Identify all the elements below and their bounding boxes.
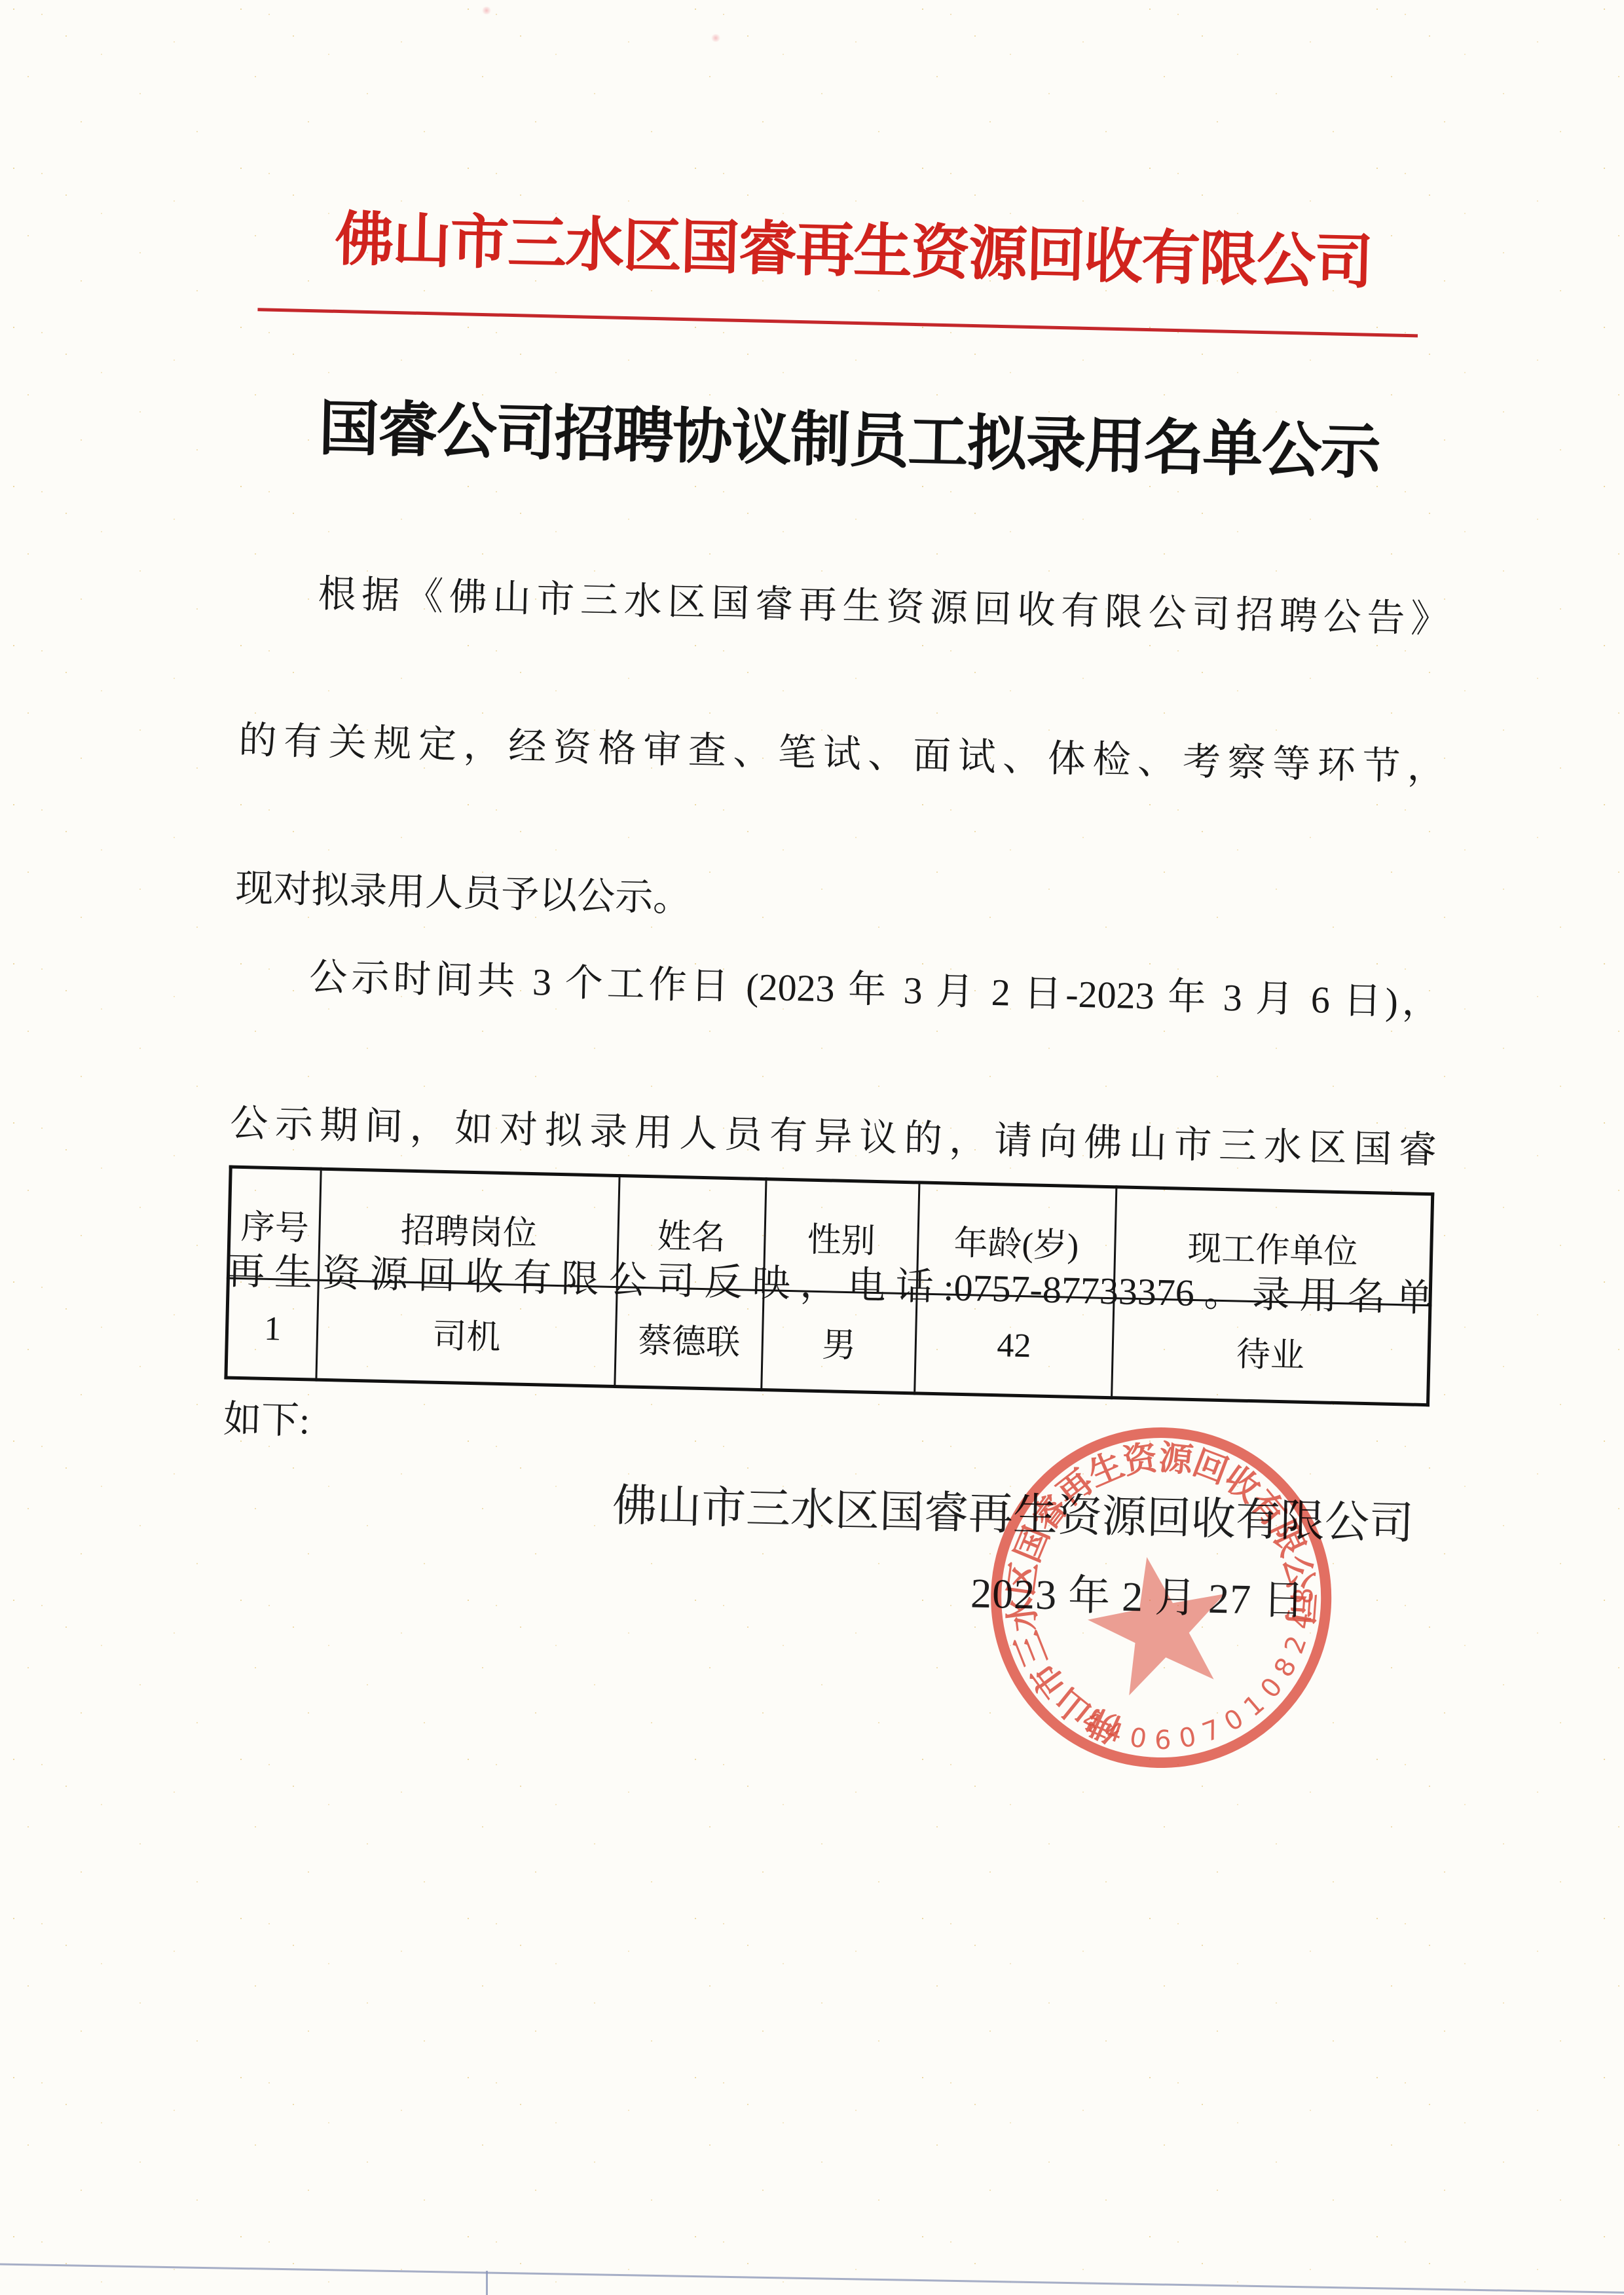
svg-text:8: 8 <box>1268 1653 1303 1682</box>
svg-text:市: 市 <box>1024 1655 1075 1705</box>
cell-employer: 待业 <box>1111 1298 1430 1405</box>
header-cell-position: 招聘岗位 <box>319 1169 619 1287</box>
header-cell-age: 年龄(岁) <box>917 1183 1116 1298</box>
svg-text:4: 4 <box>1101 1716 1126 1750</box>
announcement-title: 国睿公司招聘协议制员工拟录用名单公示 <box>245 394 1453 488</box>
header-cell-name: 姓名 <box>617 1176 766 1291</box>
masthead-rule <box>257 308 1418 337</box>
svg-text:7: 7 <box>1198 1714 1225 1748</box>
body-line: 的有关规定，经资格审查、笔试、面试、体检、考察等环节， <box>236 703 1447 879</box>
svg-text:0: 0 <box>1128 1722 1149 1755</box>
svg-text:1: 1 <box>1238 1689 1270 1723</box>
cell-position: 司机 <box>316 1280 617 1386</box>
cell-age: 42 <box>914 1294 1113 1398</box>
header-cell-employer: 现工作单位 <box>1114 1187 1433 1306</box>
svg-text:2: 2 <box>1279 1632 1313 1657</box>
svg-text:4: 4 <box>1077 1705 1106 1740</box>
signature-date: 2023 年 2 月 27 日 <box>970 1559 1306 1627</box>
body-line: 根据《佛山市三水区国睿再生资源回收有限公司招聘公告》 <box>240 555 1450 731</box>
header-cell-gender: 性别 <box>764 1179 919 1294</box>
cell-gender: 男 <box>762 1291 917 1393</box>
scanned-document-page: 佛山市三水区国睿再生资源回收有限公司 国睿公司招聘协议制员工拟录用名单公示 根据… <box>0 0 1624 2295</box>
svg-text:6: 6 <box>1154 1725 1172 1755</box>
body-line: 公示时间共 3 个工作日 (2023 年 3 月 2 日-2023 年 3 月 … <box>231 938 1441 1114</box>
header-cell-index: 序号 <box>228 1167 321 1280</box>
document-content: 佛山市三水区国睿再生资源回收有限公司 国睿公司招聘协议制员工拟录用名单公示 根据… <box>206 5 1462 2193</box>
page-edge-artifact <box>486 2271 488 2295</box>
svg-text:山: 山 <box>1049 1680 1099 1731</box>
svg-text:0: 0 <box>1255 1672 1289 1704</box>
hiring-roster-table: 序号 招聘岗位 姓名 性别 年龄(岁) 现工作单位 1 司机 蔡德联 男 42 … <box>224 1166 1434 1407</box>
svg-text:0: 0 <box>1219 1703 1249 1738</box>
svg-text:0: 0 <box>1177 1721 1199 1754</box>
cell-index: 1 <box>226 1278 319 1380</box>
company-masthead: 佛山市三水区国睿再生资源回收有限公司 <box>249 206 1458 298</box>
svg-text:三: 三 <box>1008 1626 1056 1671</box>
page-bottom-edge <box>0 2263 1624 2294</box>
svg-text:佛: 佛 <box>1080 1700 1127 1749</box>
paragraph: 根据《佛山市三水区国睿再生资源回收有限公司招聘公告》 的有关规定，经资格审查、笔… <box>234 555 1449 953</box>
cell-name: 蔡德联 <box>614 1287 764 1390</box>
signature-company: 佛山市三水区国睿再生资源回收有限公司 <box>612 1470 1414 1552</box>
